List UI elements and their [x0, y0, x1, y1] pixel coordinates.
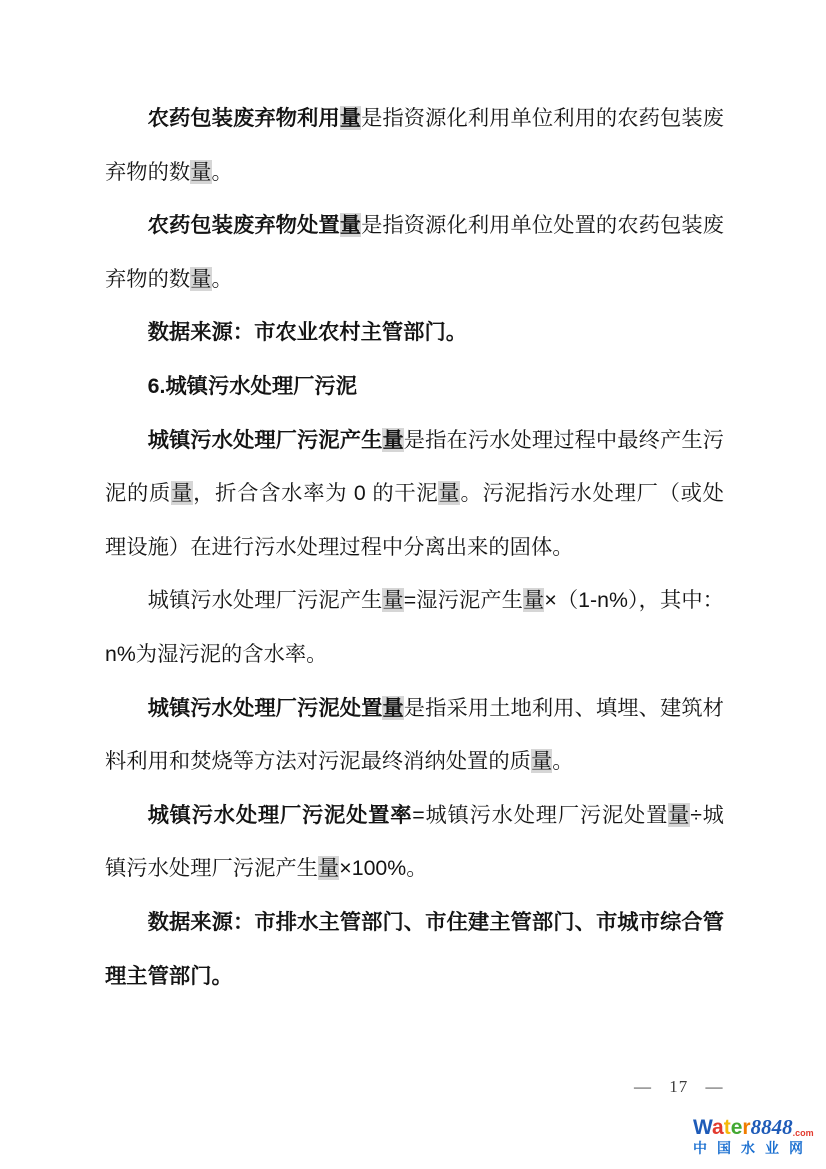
data-source-label: 数据来源：市农业农村主管部门。: [148, 320, 467, 344]
paragraph-pesticide-waste-disposed: 农药包装废弃物处置量是指资源化利用单位处置的农药包装废弃物的数量。: [105, 199, 724, 306]
paragraph-data-source-drainage: 数据来源：市排水主管部门、市住建主管部门、市城市综合管理主管部门。: [105, 896, 724, 1003]
term-lead: 城镇污水处理厂污泥处置量: [148, 696, 404, 720]
term-lead: 城镇污水处理厂污泥产生量: [148, 428, 404, 452]
paragraph-sludge-disposed: 城镇污水处理厂污泥处置量是指采用土地利用、填埋、建筑材料利用和焚烧等方法对污泥最…: [105, 682, 724, 789]
paragraph-data-source-agriculture: 数据来源：市农业农村主管部门。: [105, 306, 724, 360]
paragraph-sludge-disposal-rate: 城镇污水处理厂污泥处置率=城镇污水处理厂污泥处置量÷城镇污水处理厂污泥产生量×1…: [105, 789, 724, 896]
paragraph-sludge-generated: 城镇污水处理厂污泥产生量是指在污水处理过程中最终产生污泥的质量，折合含水率为 0…: [105, 414, 724, 575]
section-heading-text: 6.城镇污水处理厂污泥: [148, 374, 357, 398]
logo-letter-e: e: [731, 1116, 743, 1139]
logo-letter-r: r: [742, 1116, 750, 1139]
logo-letter-t: t: [724, 1116, 731, 1139]
logo-wordmark: Water8848.com: [693, 1117, 823, 1138]
term-lead: 农药包装废弃物处置量: [148, 213, 362, 237]
logo-com-suffix: .com: [793, 1128, 814, 1138]
formula-text: 城镇污水处理厂污泥产生量=湿污泥产生量×（1-n%），其中：n%为湿污泥的含水率…: [105, 588, 724, 666]
logo-letter-w: W: [693, 1116, 712, 1139]
data-source-label: 数据来源：市排水主管部门、市住建主管部门、市城市综合管理主管部门。: [105, 910, 724, 988]
section-heading-sewage-sludge: 6.城镇污水处理厂污泥: [105, 360, 724, 414]
logo-8848: 8848: [751, 1115, 793, 1139]
page-number: — 17 —: [634, 1077, 734, 1097]
document-page: 农药包装废弃物利用量是指资源化利用单位利用的农药包装废弃物的数量。 农药包装废弃…: [0, 0, 826, 1169]
logo-letter-a: a: [712, 1116, 724, 1139]
paragraph-pesticide-waste-utilized: 农药包装废弃物利用量是指资源化利用单位利用的农药包装废弃物的数量。: [105, 92, 724, 199]
water8848-logo: Water8848.com 中国水业网: [693, 1117, 823, 1155]
document-body: 农药包装废弃物利用量是指资源化利用单位利用的农药包装废弃物的数量。 农药包装废弃…: [105, 92, 724, 1003]
term-lead: 城镇污水处理厂污泥处置率: [148, 803, 413, 827]
logo-chinese-name: 中国水业网: [693, 1141, 823, 1155]
term-lead: 农药包装废弃物利用量: [148, 106, 362, 130]
paragraph-sludge-formula: 城镇污水处理厂污泥产生量=湿污泥产生量×（1-n%），其中：n%为湿污泥的含水率…: [105, 574, 724, 681]
